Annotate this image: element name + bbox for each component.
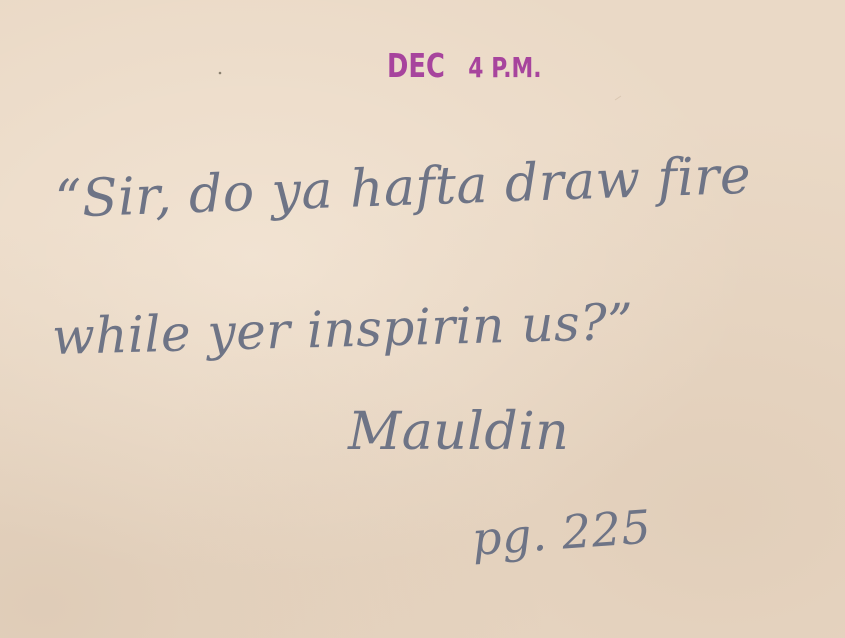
inscribed-page: DEC 4 P.M. “Sir, do ya hafta draw fire w…	[0, 0, 845, 638]
pencil-marks	[0, 0, 845, 638]
